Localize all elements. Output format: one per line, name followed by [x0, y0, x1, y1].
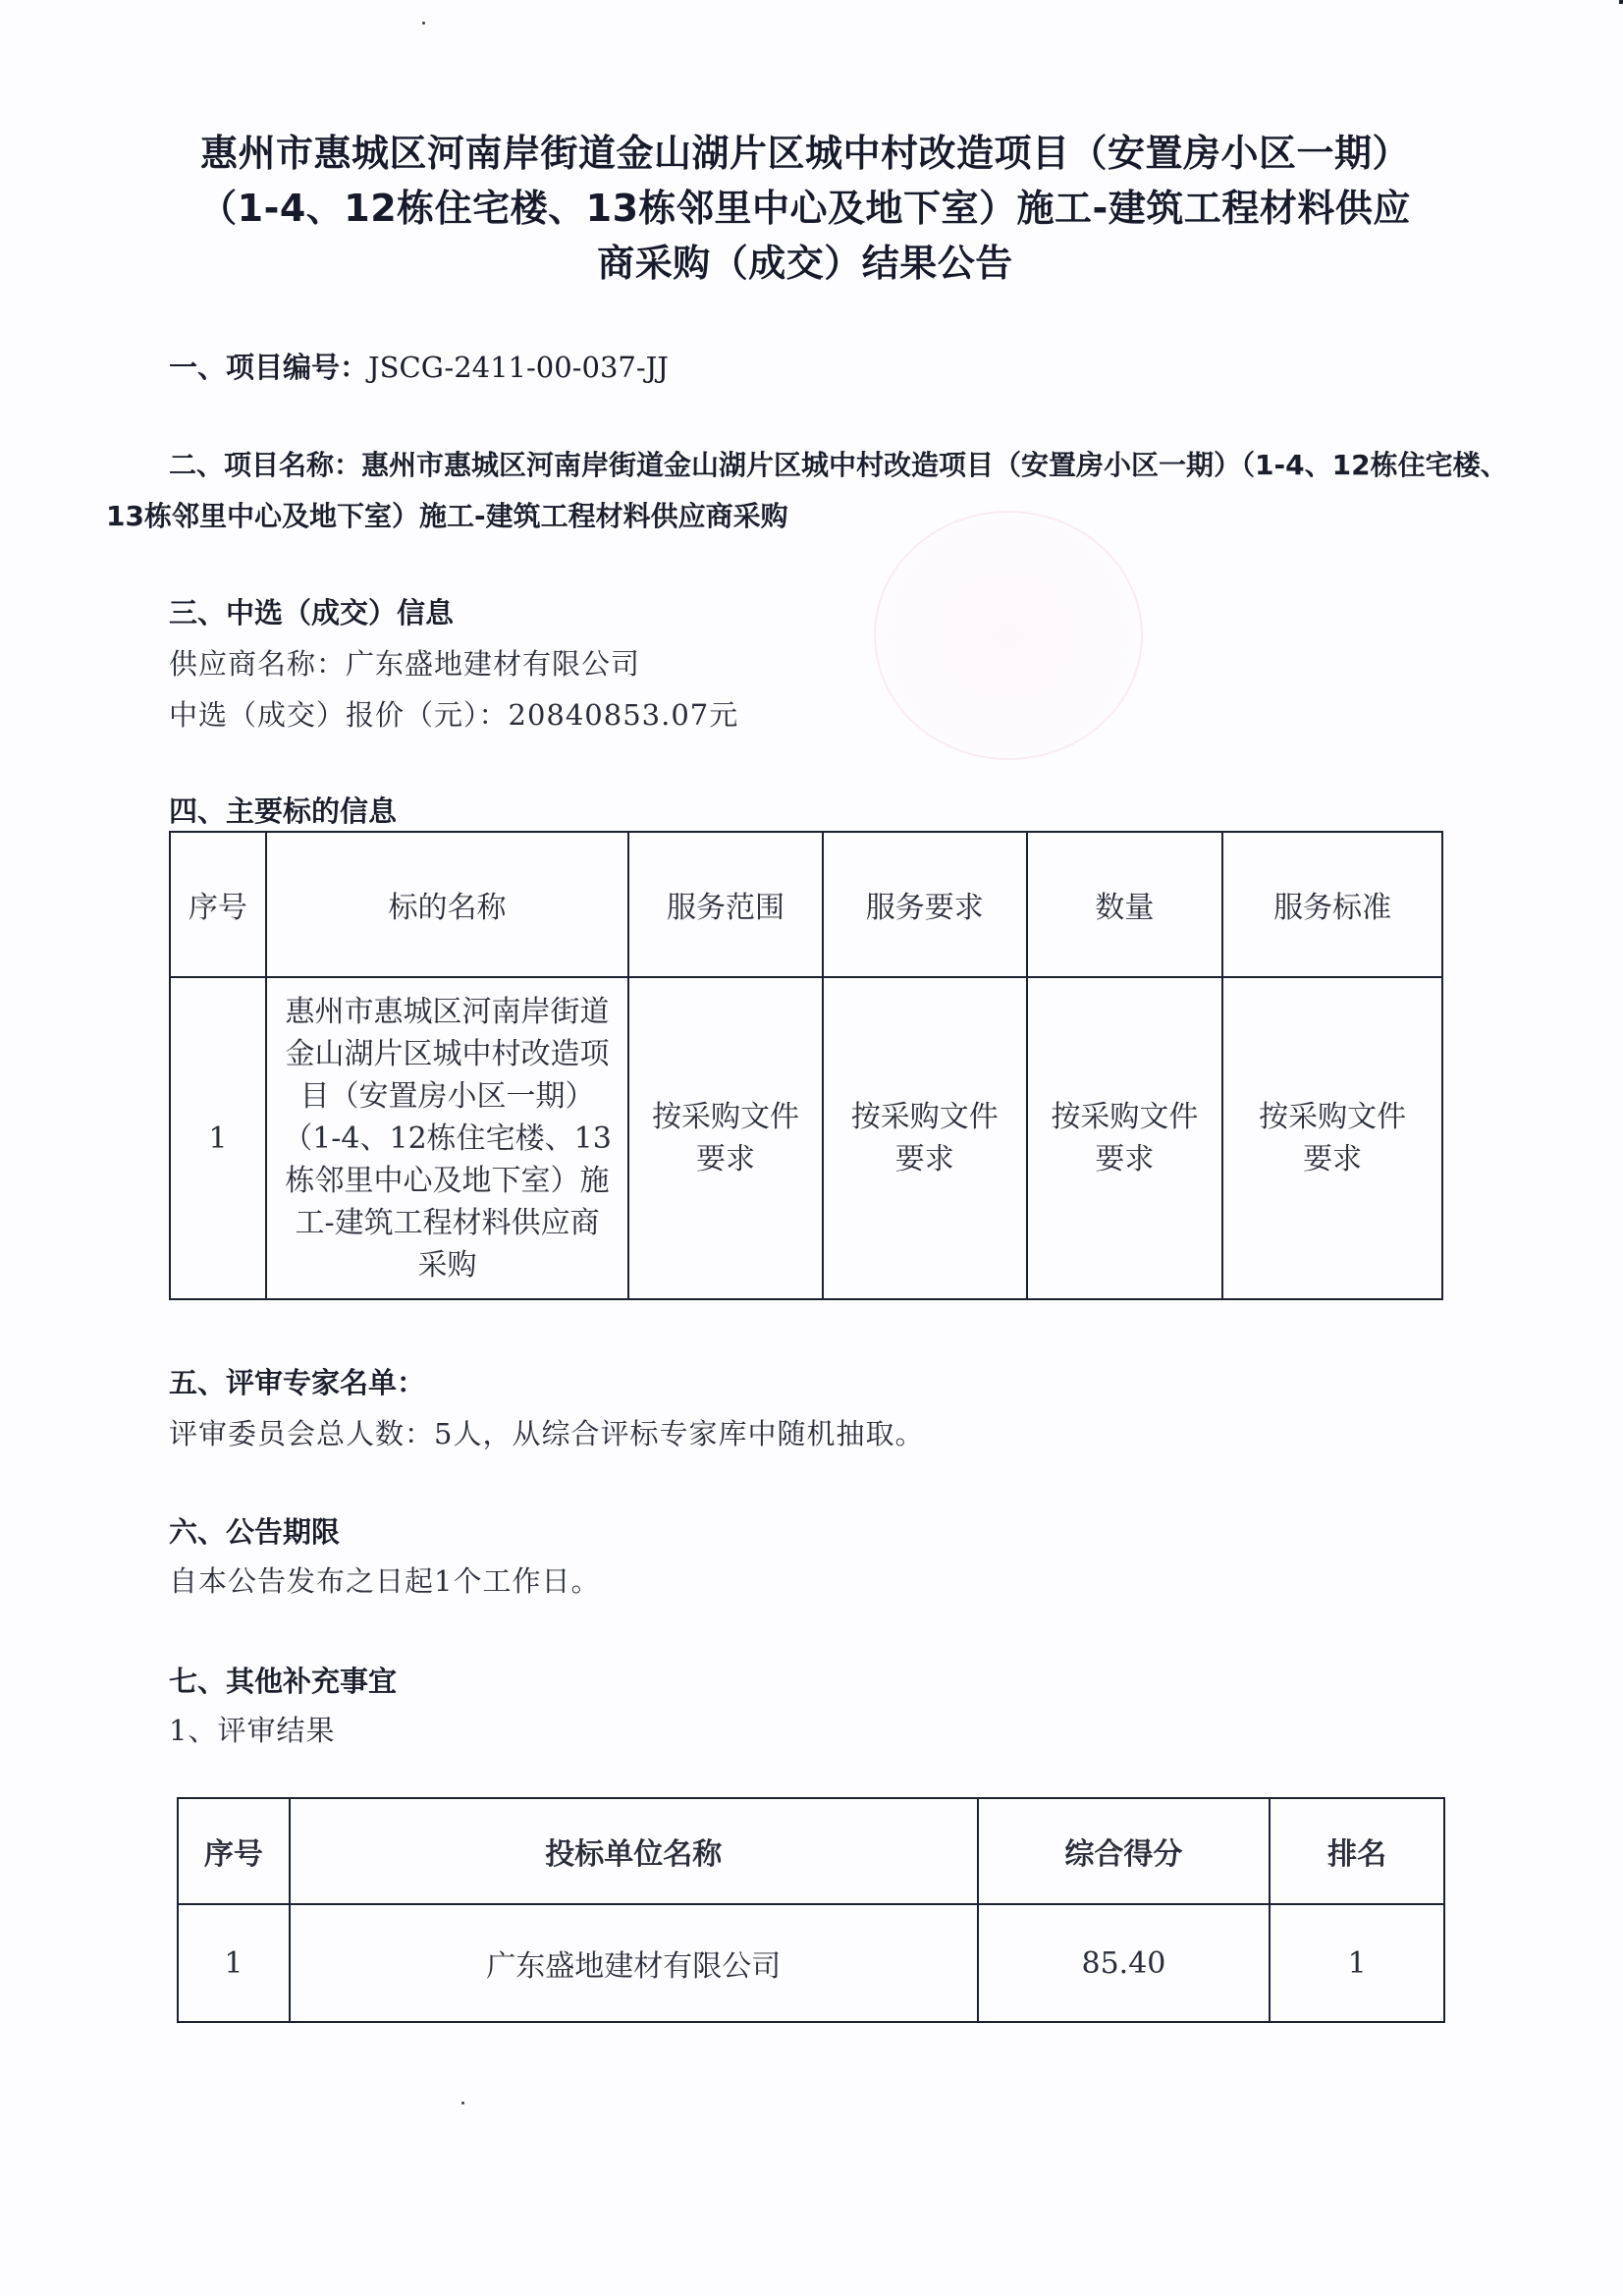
scan-edge-mark	[1619, 0, 1623, 4]
header-service-scope: 服务范围	[628, 832, 823, 977]
document-page: 惠州市惠城区河南岸街道金山湖片区城中村改造项目（安置房小区一期）（1-4、12栋…	[0, 0, 1623, 2296]
cell-service-standard: 按采购文件要求	[1222, 977, 1442, 1299]
faded-official-seal	[874, 511, 1143, 760]
review-result-table: 序号 投标单位名称 综合得分 排名 1 广东盛地建材有限公司 85.40 1	[177, 1797, 1445, 2023]
cell-rank: 1	[1270, 1904, 1444, 2022]
cell-quantity: 按采购文件要求	[1027, 977, 1223, 1299]
experts-text: 评审委员会总人数：5人，从综合评标专家库中随机抽取。	[169, 1412, 924, 1452]
award-price-line: 中选（成交）报价（元）：20840853.07元	[169, 693, 738, 734]
table-header-row: 序号 投标单位名称 综合得分 排名	[178, 1798, 1444, 1904]
cell-index: 1	[178, 1904, 290, 2022]
header-quantity: 数量	[1027, 832, 1223, 977]
cell-subject-name: 惠州市惠城区河南岸街道金山湖片区城中村改造项目（安置房小区一期）（1-4、12栋…	[266, 977, 628, 1299]
notice-period-heading: 六、公告期限	[169, 1510, 340, 1551]
main-subject-table: 序号 标的名称 服务范围 服务要求 数量 服务标准 1 惠州市惠城区河南岸街道金…	[169, 831, 1443, 1300]
scan-speck	[422, 22, 425, 25]
project-name-paragraph: 二、项目名称：惠州市惠城区河南岸街道金山湖片区城中村改造项目（安置房小区一期）（…	[106, 440, 1530, 542]
cell-total-score: 85.40	[978, 1904, 1271, 2022]
main-subject-heading: 四、主要标的信息	[169, 790, 397, 830]
header-bidder-name: 投标单位名称	[290, 1798, 978, 1904]
table-header-row: 序号 标的名称 服务范围 服务要求 数量 服务标准	[170, 832, 1442, 977]
header-service-requirements: 服务要求	[823, 832, 1027, 977]
header-service-standard: 服务标准	[1222, 832, 1442, 977]
cell-service-requirements: 按采购文件要求	[823, 977, 1027, 1299]
header-rank: 排名	[1270, 1798, 1444, 1904]
other-matters-heading: 七、其他补充事宜	[169, 1660, 397, 1700]
review-result-subheading: 1、评审结果	[169, 1709, 335, 1749]
project-number-line: 一、项目编号：JSCG-2411-00-037-JJ	[169, 346, 669, 386]
cell-index: 1	[170, 977, 266, 1299]
header-index: 序号	[178, 1798, 290, 1904]
project-number-label: 一、项目编号：	[169, 351, 368, 384]
project-name-label: 二、项目名称：	[169, 449, 361, 481]
table-row: 1 广东盛地建材有限公司 85.40 1	[178, 1904, 1444, 2022]
supplier-name-line: 供应商名称：广东盛地建材有限公司	[169, 642, 640, 683]
document-title: 惠州市惠城区河南岸街道金山湖片区城中村改造项目（安置房小区一期）（1-4、12栋…	[187, 126, 1424, 291]
header-subject-name: 标的名称	[266, 832, 628, 977]
cell-service-scope: 按采购文件要求	[628, 977, 823, 1299]
project-number-value: JSCG-2411-00-037-JJ	[368, 351, 669, 384]
notice-period-text: 自本公告发布之日起1个工作日。	[169, 1559, 600, 1600]
table-row: 1 惠州市惠城区河南岸街道金山湖片区城中村改造项目（安置房小区一期）（1-4、1…	[170, 977, 1442, 1299]
header-index: 序号	[170, 832, 266, 977]
award-info-heading: 三、中选（成交）信息	[169, 591, 454, 631]
header-total-score: 综合得分	[978, 1798, 1271, 1904]
scan-speck	[461, 2102, 464, 2105]
cell-bidder-name: 广东盛地建材有限公司	[290, 1904, 978, 2022]
experts-heading: 五、评审专家名单：	[169, 1361, 425, 1401]
